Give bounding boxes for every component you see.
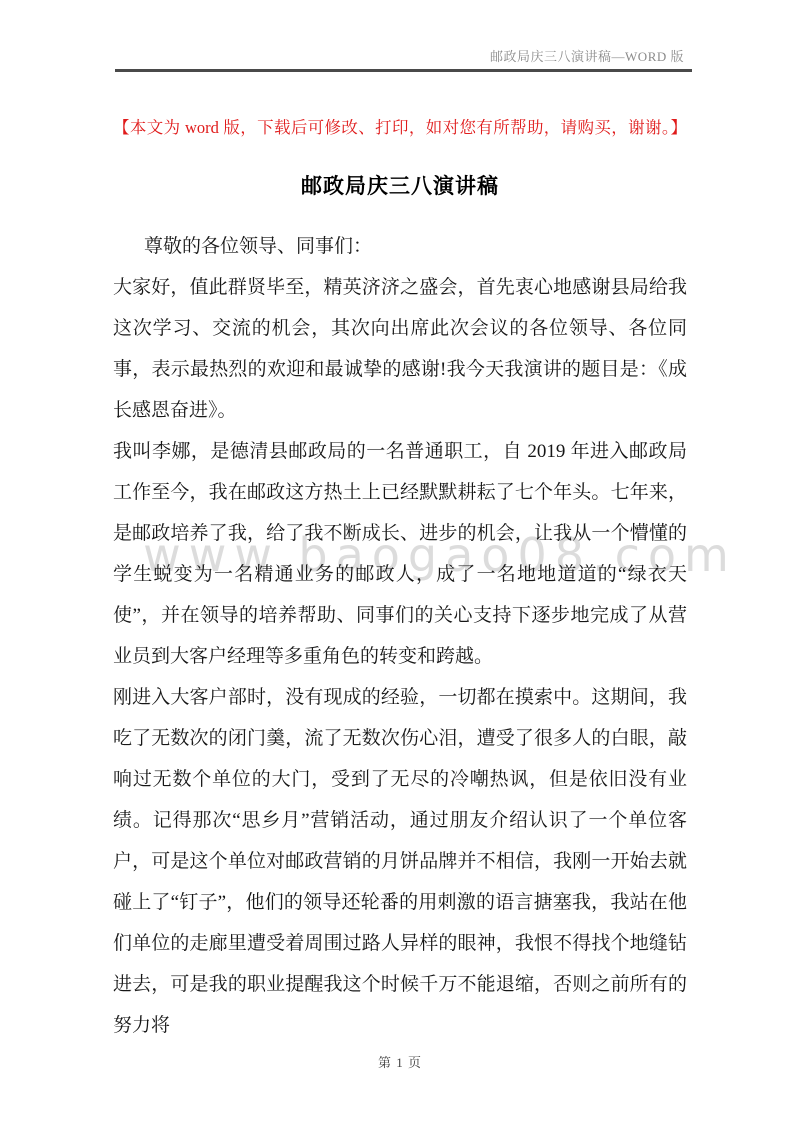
document-body: 尊敬的各位领导、同事们： 大家好，值此群贤毕至，精英济济之盛会，首先衷心地感谢县… [113, 226, 687, 1046]
page-footer: 第 1 页 [0, 1052, 800, 1072]
paragraph: 我叫李娜，是德清县邮政局的一名普通职工，自 2019 年进入邮政局工作至今，我在… [113, 431, 687, 677]
page-header: 邮政局庆三八演讲稿—WORD 版 [115, 0, 692, 72]
document-page: 邮政局庆三八演讲稿—WORD 版 【本文为 word 版，下载后可修改、打印，如… [0, 0, 800, 1132]
header-title: 邮政局庆三八演讲稿—WORD 版 [490, 46, 692, 65]
paragraph-greeting: 尊敬的各位领导、同事们： [113, 226, 687, 267]
purchase-notice: 【本文为 word 版，下载后可修改、打印，如对您有所帮助，请购买，谢谢。】 [113, 114, 687, 141]
paragraph: 大家好，值此群贤毕至，精英济济之盛会，首先衷心地感谢县局给我这次学习、交流的机会… [113, 267, 687, 431]
page-number: 第 1 页 [378, 1055, 422, 1070]
paragraph: 刚进入大客户部时，没有现成的经验，一切都在摸索中。这期间，我吃了无数次的闭门羹，… [113, 677, 687, 1046]
document-title: 邮政局庆三八演讲稿 [0, 170, 800, 200]
